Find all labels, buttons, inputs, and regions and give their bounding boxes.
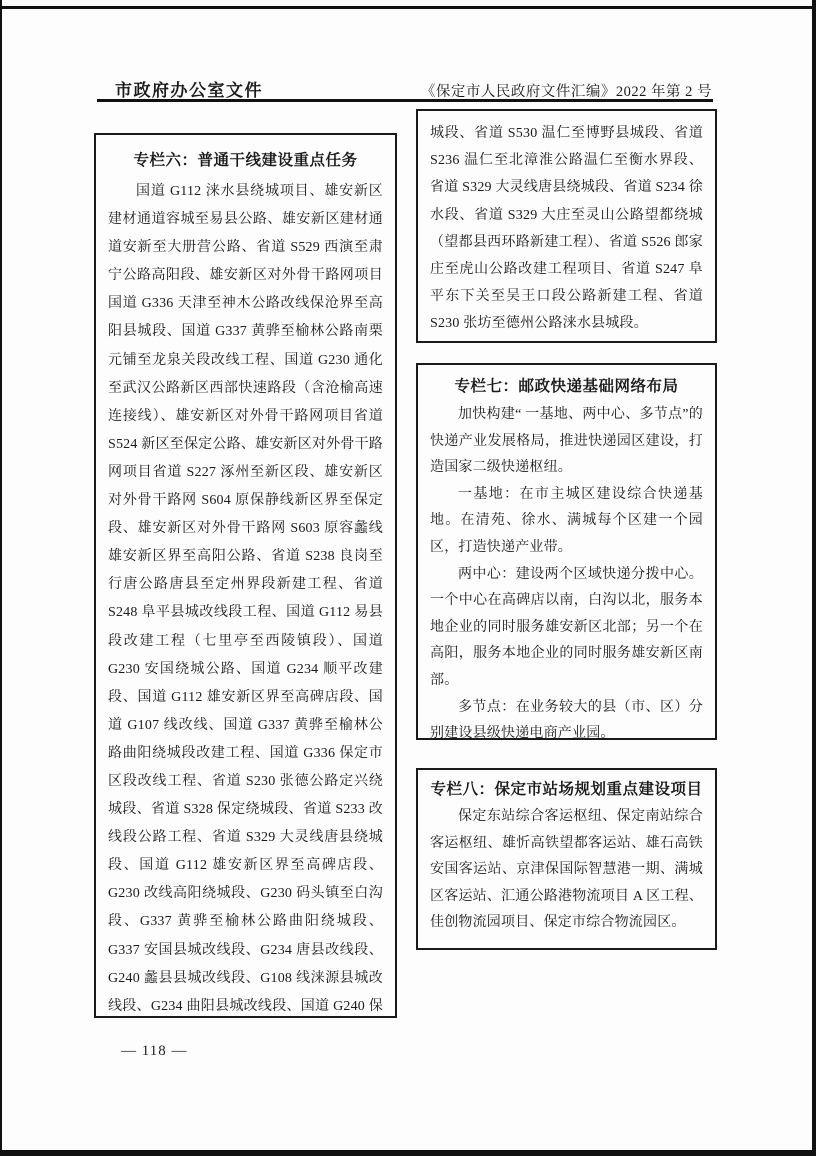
box-six-body: 国道 G112 涞水县绕城项目、雄安新区建材通道容城至易县公路、雄安新区建材通道…	[108, 178, 383, 1018]
box-seven-paragraph-2: 一基地：在市主城区建设综合快递基地。在清苑、徐水、满城每个区建一个园区，打造快递…	[430, 482, 703, 562]
box-seven-title: 专栏七：邮政快递基础网络布局	[430, 374, 703, 400]
box-seven-paragraph-1: 加快构建“ 一基地、两中心、多节点”的快递产业发展格局，推进快递园区建设，打造国…	[430, 402, 703, 482]
box-six: 专栏六：普通干线建设重点任务 国道 G112 涞水县绕城项目、雄安新区建材通道容…	[94, 133, 397, 1018]
box-eight-title: 专栏八：保定市站场规划重点建设项目	[430, 777, 703, 803]
box-six-continuation: 城段、省道 S530 温仁至博野县城段、省道 S236 温仁至北漳淮公路温仁至衡…	[416, 109, 717, 343]
box-six-title: 专栏六：普通干线建设重点任务	[108, 148, 383, 174]
page-number: — 118 —	[121, 1043, 187, 1060]
scan-edge-left	[0, 0, 2, 1156]
box-seven-paragraph-3: 两中心：建设两个区域快递分拨中心。一个中心在高碑店以南，白沟以北，服务本地企业的…	[430, 562, 703, 695]
scan-edge-bottom	[0, 1150, 816, 1156]
box-six-continuation-body: 城段、省道 S530 温仁至博野县城段、省道 S236 温仁至北漳淮公路温仁至衡…	[430, 120, 703, 338]
box-eight: 专栏八：保定市站场规划重点建设项目 保定东站综合客运枢纽、保定南站综合客运枢纽、…	[416, 768, 717, 950]
scan-edge-top	[0, 6, 816, 9]
header-left-title: 市政府办公室文件	[115, 76, 263, 101]
header-right-title: 《保定市人民政府文件汇编》2022 年第 2 号	[421, 80, 712, 101]
box-seven: 专栏七：邮政快递基础网络布局 加快构建“ 一基地、两中心、多节点”的快递产业发展…	[416, 363, 717, 740]
box-eight-body: 保定东站综合客运枢纽、保定南站综合客运枢纽、雄忻高铁望都客运站、雄石高铁安国客运…	[430, 804, 703, 937]
scan-edge-right	[812, 0, 816, 1156]
box-seven-paragraph-4: 多节点：在业务较大的县（市、区）分别建设县级快递电商产业园。	[430, 695, 703, 740]
scanned-document-page: { "colors": { "paper": "#fdfdfd", "ink":…	[0, 0, 816, 1156]
header-rule	[97, 99, 713, 102]
